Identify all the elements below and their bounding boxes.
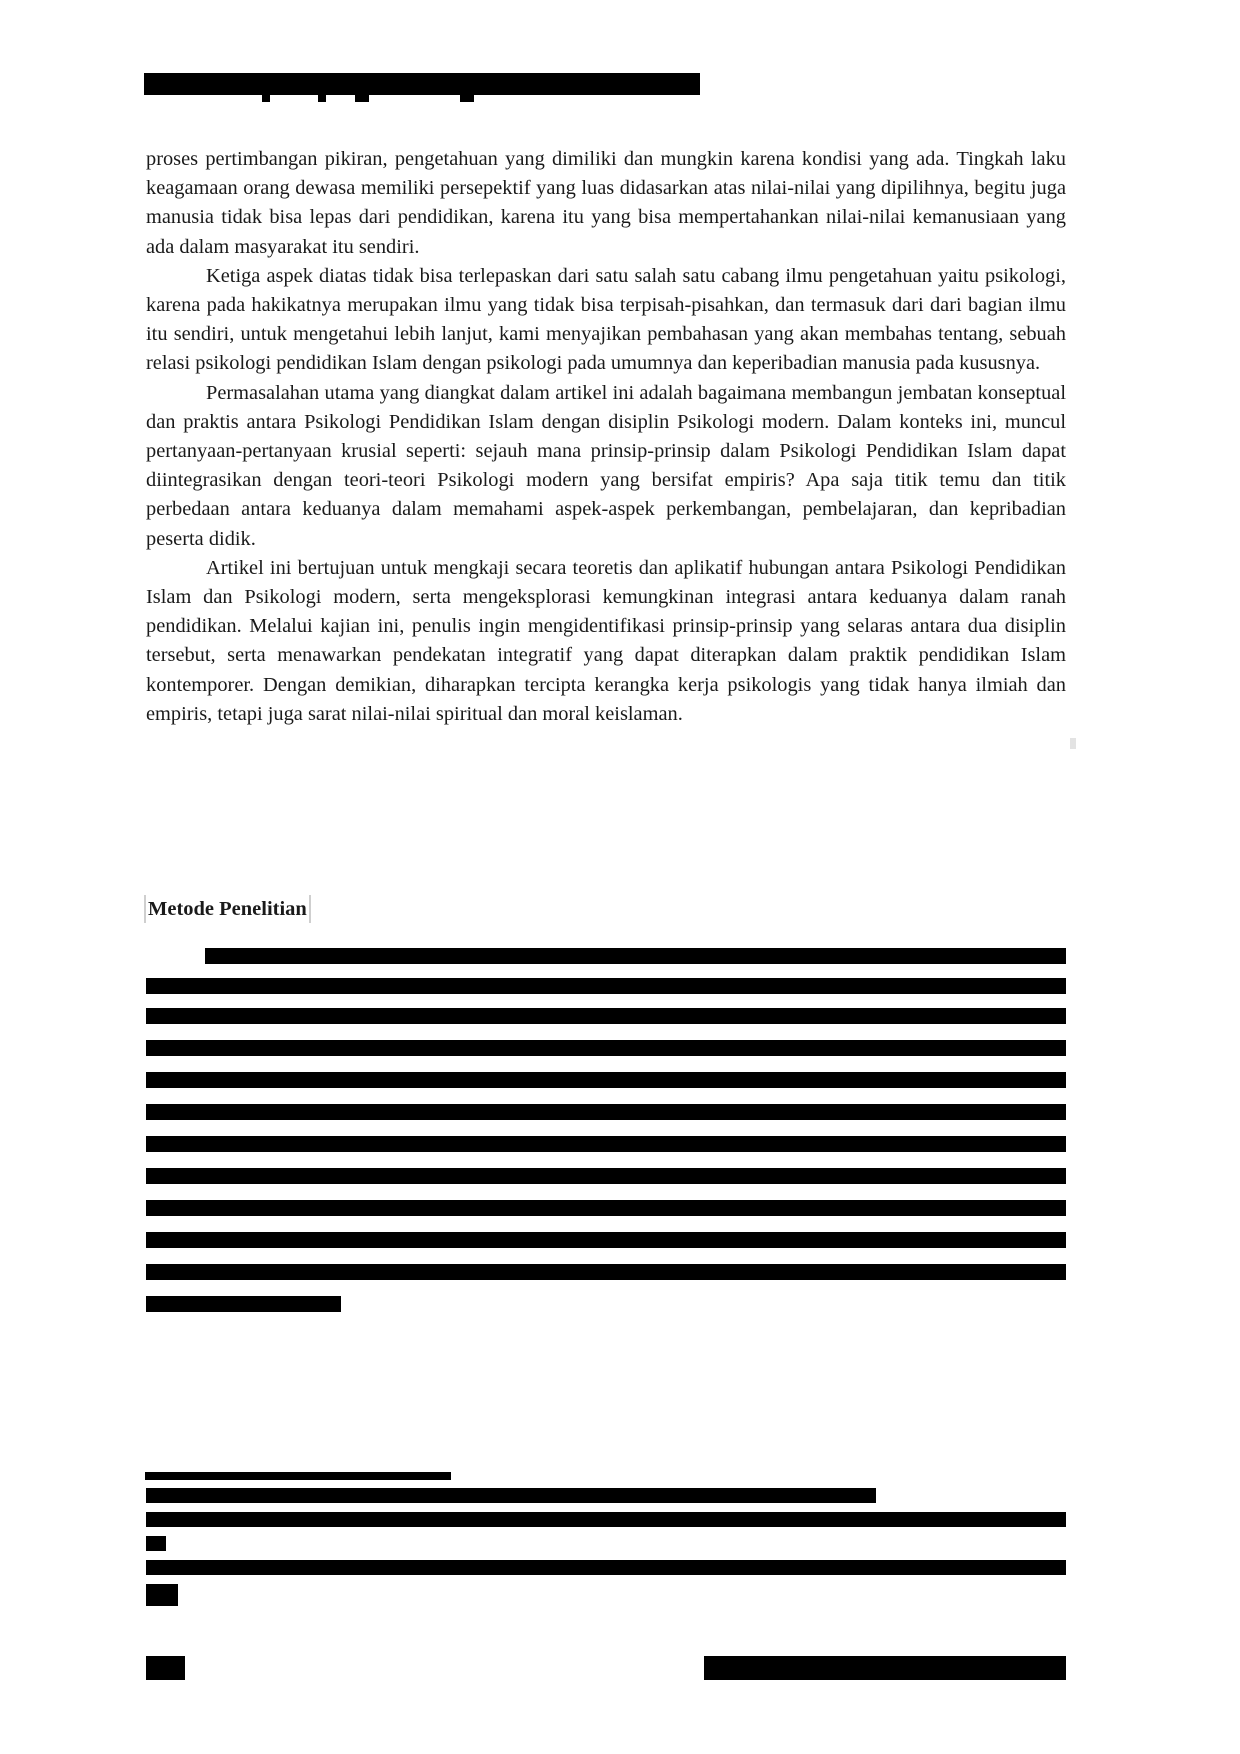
redacted-line xyxy=(205,948,1066,964)
redacted-line xyxy=(146,1008,1066,1024)
running-header-redacted-descender xyxy=(460,95,474,102)
redacted-line xyxy=(146,978,1066,994)
paragraph-2: Ketiga aspek diatas tidak bisa terlepask… xyxy=(146,262,1066,379)
section-heading: Metode Penelitian xyxy=(144,895,311,923)
redacted-footnote-line xyxy=(146,1512,1066,1527)
paragraph-3: Permasalahan utama yang diangkat dalam a… xyxy=(146,379,1066,554)
redacted-line xyxy=(146,1232,1066,1248)
redacted-line xyxy=(146,1136,1066,1152)
comment-marker xyxy=(1070,738,1076,749)
redacted-footnote-line xyxy=(146,1560,1066,1575)
redacted-footnote-line xyxy=(146,1584,178,1606)
paragraph-1: proses pertimbangan pikiran, pengetahuan… xyxy=(146,145,1066,262)
redacted-footnote-line xyxy=(146,1488,876,1503)
page-number-redacted xyxy=(146,1656,185,1680)
running-header-redacted xyxy=(144,73,700,95)
redacted-line xyxy=(146,1264,1066,1280)
redacted-line xyxy=(146,1104,1066,1120)
redacted-line xyxy=(146,1296,341,1312)
redacted-line xyxy=(146,1072,1066,1088)
document-page: proses pertimbangan pikiran, pengetahuan… xyxy=(0,0,1240,1754)
redacted-footnote-line xyxy=(146,1536,166,1551)
redacted-line xyxy=(146,1200,1066,1216)
running-header-redacted-descender xyxy=(355,95,369,102)
redacted-line xyxy=(146,1040,1066,1056)
redacted-line xyxy=(146,1168,1066,1184)
running-header-redacted-descender xyxy=(262,95,270,102)
body-text: proses pertimbangan pikiran, pengetahuan… xyxy=(146,145,1066,729)
running-header-redacted-descender xyxy=(318,95,326,102)
paragraph-4: Artikel ini bertujuan untuk mengkaji sec… xyxy=(146,554,1066,729)
footnote-separator xyxy=(145,1472,451,1480)
footer-journal-info-redacted xyxy=(704,1656,1066,1680)
